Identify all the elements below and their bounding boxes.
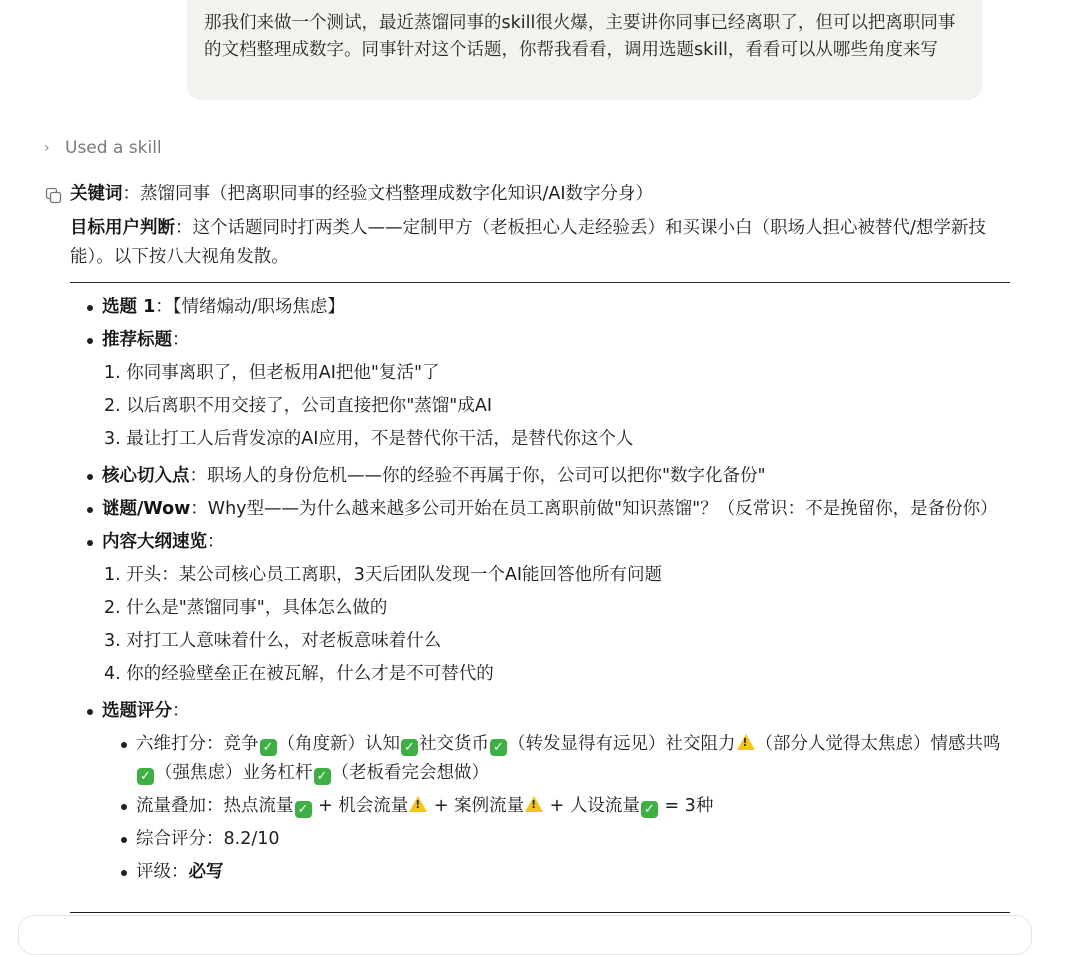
warning-icon: [737, 734, 755, 750]
traffic-name: 人设流量: [570, 796, 640, 816]
outline-step: 1. 开头：某公司核心员工离职，3天后团队发现一个AI能回答他所有问题: [102, 561, 1010, 590]
core-angle-item: 核心切入点：职场人的身份危机——你的经验不再属于你，公司可以把你"数字化备份": [70, 462, 1010, 491]
plus-sign: +: [544, 796, 570, 816]
dim-note: （转发显得有远见）: [508, 734, 666, 754]
separator: ：: [123, 184, 141, 204]
check-icon: ✓: [314, 768, 331, 785]
dim-name: 社交阻力: [666, 734, 736, 754]
scoring-list: 六维打分：竞争✓（角度新）认知✓社交货币✓（转发显得有远见）社交阻力（部分人觉得…: [102, 730, 1010, 887]
check-icon: ✓: [490, 739, 507, 756]
target-users-value: 这个话题同时打两类人——定制甲方（老板担心人走经验丢）和买课小白（职场人担心被替…: [70, 218, 986, 267]
check-icon: ✓: [137, 768, 154, 785]
warning-icon: [525, 796, 543, 812]
traffic-name: 案例流量: [454, 796, 524, 816]
check-icon: ✓: [641, 801, 658, 818]
separator: ：: [190, 466, 208, 486]
separator: ：: [190, 499, 208, 519]
topic-list: 选题 1：【情绪煽动/职场焦虑】 推荐标题： 1. 你同事离职了，但老板用AI把…: [70, 293, 1010, 887]
scoring-item: 选题评分： 六维打分：竞争✓（角度新）认知✓社交货币✓（转发显得有远见）社交阻力…: [70, 697, 1010, 887]
check-icon: ✓: [295, 801, 312, 818]
outline-step: 4. 你的经验壁垒正在被瓦解，什么才是不可替代的: [102, 660, 1010, 689]
topic-item: 选题 1：【情绪煽动/职场焦虑】: [70, 293, 1010, 322]
chat-input[interactable]: [18, 915, 1032, 929]
target-users-label: 目标用户判断: [70, 218, 175, 238]
traffic-name: 机会流量: [338, 796, 408, 816]
six-dim-score: 六维打分：竞争✓（角度新）认知✓社交货币✓（转发显得有远见）社交阻力（部分人觉得…: [102, 730, 1010, 788]
titles-list: 1. 你同事离职了，但老板用AI把他"复活"了 2. 以后离职不用交接了，公司直…: [102, 359, 1010, 454]
dim-name: 认知: [365, 734, 400, 754]
copy-icon[interactable]: [45, 187, 62, 204]
outline-step: 2. 什么是"蒸馏同事"，具体怎么做的: [102, 594, 1010, 623]
wow-value: Why型——为什么越来越多公司开始在员工离职前做"知识蒸馏"？（反常识：不是挽留…: [208, 499, 998, 519]
topic-label: 选题 1: [102, 297, 155, 317]
outline-list: 1. 开头：某公司核心员工离职，3天后团队发现一个AI能回答他所有问题 2. 什…: [102, 561, 1010, 689]
separator: ：: [172, 330, 190, 350]
grade-value: 必写: [189, 862, 224, 882]
check-icon: ✓: [260, 739, 277, 756]
dim-note: （部分人觉得太焦虑）: [756, 734, 931, 754]
used-skill-label: Used a skill: [65, 138, 162, 158]
target-users-line: 目标用户判断：这个话题同时打两类人——定制甲方（老板担心人走经验丢）和买课小白（…: [70, 214, 1010, 272]
topic-value: 【情绪煽动/职场焦虑】: [173, 297, 345, 317]
titles-item: 推荐标题： 1. 你同事离职了，但老板用AI把他"复活"了 2. 以后离职不用交…: [70, 326, 1010, 454]
chevron-right-icon: ›: [44, 140, 56, 156]
overall-value: 8.2/10: [224, 829, 280, 849]
warning-icon: [409, 796, 427, 812]
outline-step: 3. 对打工人意味着什么，对老板意味着什么: [102, 627, 1010, 656]
wow-item: 谜题/Wow：Why型——为什么越来越多公司开始在员工离职前做"知识蒸馏"？（反…: [70, 495, 1010, 524]
dim-note: （强焦虑）: [155, 763, 243, 783]
core-angle-value: 职场人的身份危机——你的经验不再属于你，公司可以把你"数字化备份": [207, 466, 766, 486]
divider: [70, 912, 1010, 913]
traffic-score: 流量叠加：热点流量✓ + 机会流量 + 案例流量 + 人设流量✓ = 3种: [102, 792, 1010, 821]
outline-item: 内容大纲速览： 1. 开头：某公司核心员工离职，3天后团队发现一个AI能回答他所…: [70, 528, 1010, 689]
dim-note: （老板看完会想做）: [332, 763, 490, 783]
traffic-label: 流量叠加：: [136, 796, 224, 816]
dim-name: 社交货币: [419, 734, 489, 754]
grade: 评级：必写: [102, 858, 1010, 887]
used-skill-toggle[interactable]: › Used a skill: [44, 136, 162, 160]
user-message-text: 那我们来做一个测试，最近蒸馏同事的skill很火爆，主要讲你同事已经离职了，但可…: [204, 13, 955, 60]
outline-label: 内容大纲速览: [102, 532, 207, 552]
dim-note: （角度新）: [278, 734, 366, 754]
separator: ：: [175, 218, 193, 238]
user-message-bubble: 那我们来做一个测试，最近蒸馏同事的skill很火爆，主要讲你同事已经离职了，但可…: [187, 0, 982, 100]
dim-name: 业务杠杆: [243, 763, 313, 783]
grade-label: 评级：: [136, 862, 189, 882]
core-angle-label: 核心切入点: [102, 466, 190, 486]
dim-name: 竞争: [224, 734, 259, 754]
overall-label: 综合评分：: [136, 829, 224, 849]
check-icon: ✓: [401, 739, 418, 756]
six-dim-label: 六维打分：: [136, 734, 224, 754]
title-item: 1. 你同事离职了，但老板用AI把他"复活"了: [102, 359, 1010, 388]
assistant-response: 关键词：蒸馏同事（把离职同事的经验文档整理成数字化知识/AI数字分身） 目标用户…: [70, 180, 1010, 891]
separator: ：: [155, 297, 173, 317]
plus-sign: +: [428, 796, 454, 816]
plus-sign: +: [313, 796, 339, 816]
titles-label: 推荐标题: [102, 330, 172, 350]
divider: [70, 282, 1010, 283]
title-item: 2. 以后离职不用交接了，公司直接把你"蒸馏"成AI: [102, 392, 1010, 421]
keyword-line: 关键词：蒸馏同事（把离职同事的经验文档整理成数字化知识/AI数字分身）: [70, 180, 1010, 209]
wow-label: 谜题/Wow: [102, 499, 190, 519]
keyword-label: 关键词: [70, 184, 123, 204]
traffic-name: 热点流量: [224, 796, 294, 816]
overall-score: 综合评分：8.2/10: [102, 825, 1010, 854]
separator: ：: [207, 532, 225, 552]
traffic-result: = 3种: [659, 796, 713, 816]
scoring-label: 选题评分: [102, 701, 172, 721]
separator: ：: [172, 701, 190, 721]
keyword-value: 蒸馏同事（把离职同事的经验文档整理成数字化知识/AI数字分身）: [140, 184, 653, 204]
dim-name: 情感共鸣: [931, 734, 1001, 754]
title-item: 3. 最让打工人后背发凉的AI应用，不是替代你干活，是替代你这个人: [102, 425, 1010, 454]
